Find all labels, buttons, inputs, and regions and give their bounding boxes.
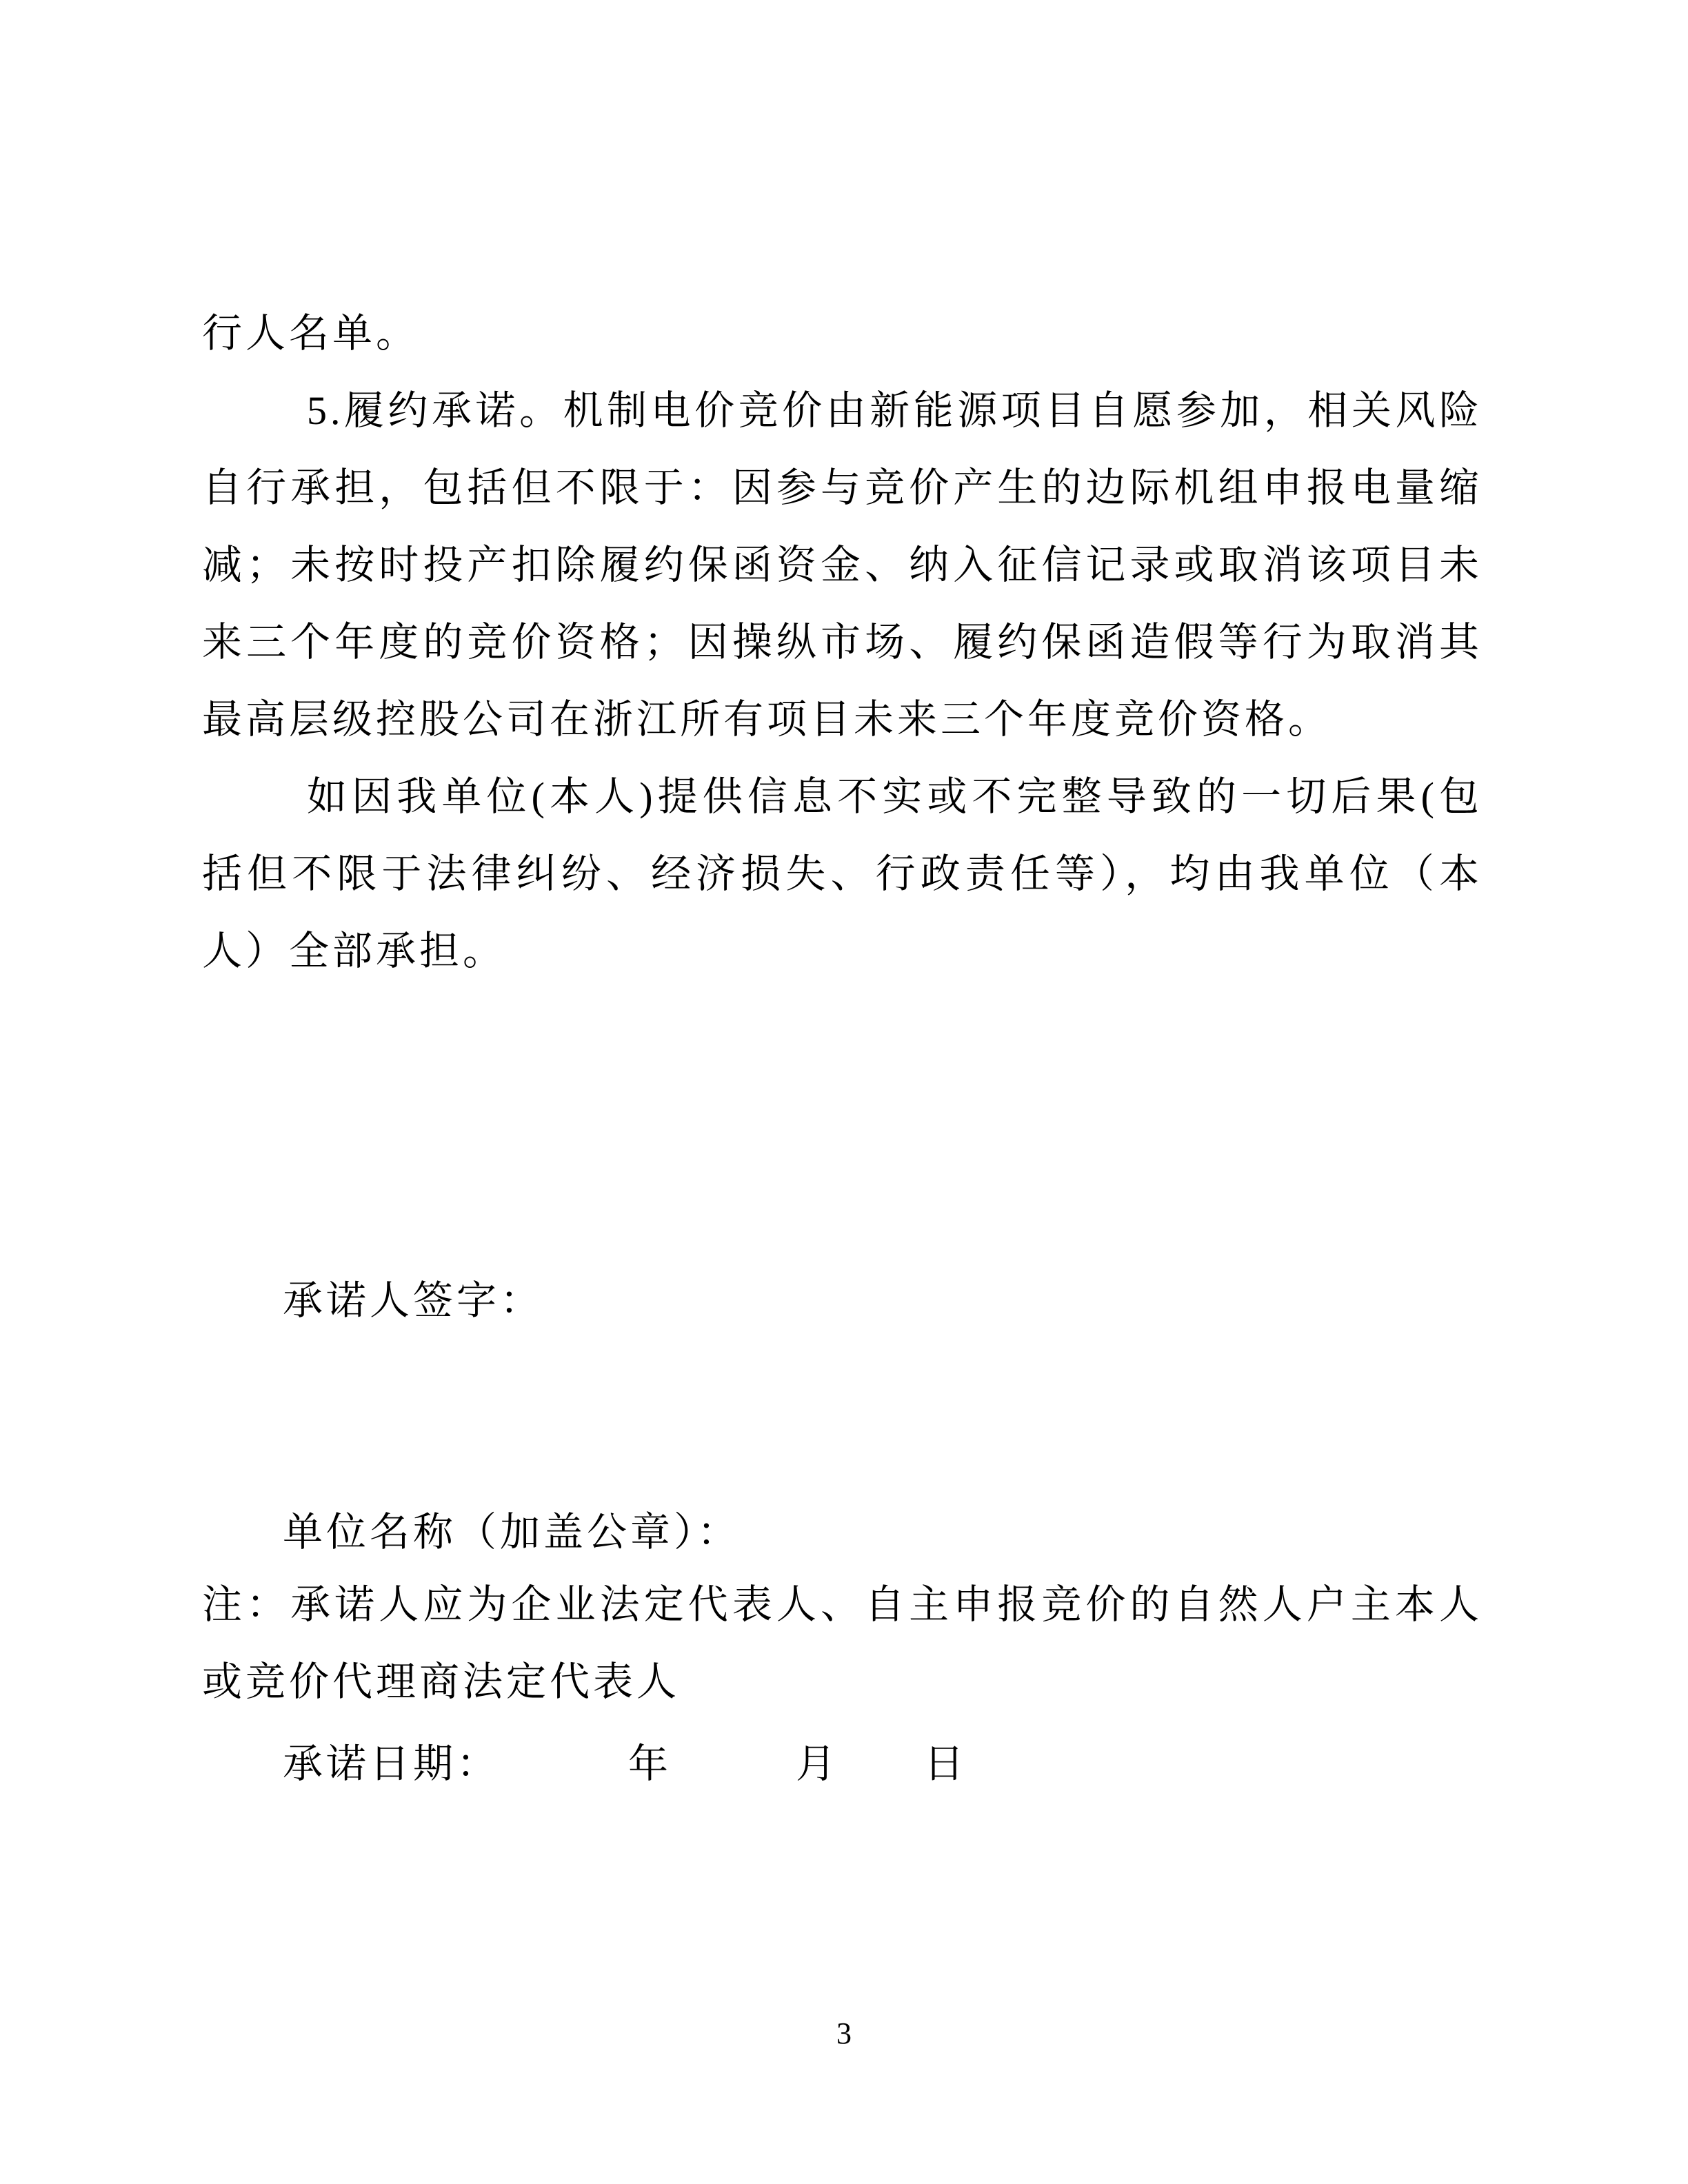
body-line: 自行承担，包括但不限于：因参与竞价产生的边际机组申报电量缩 [202, 449, 1483, 527]
date-month-label: 月 [796, 1741, 839, 1786]
page-number: 3 [0, 2019, 1688, 2049]
body-line: 最高层级控股公司在浙江所有项目未来三个年度竞价资格。 [202, 681, 1483, 758]
body-line: 减；未按时投产扣除履约保函资金、纳入征信记录或取消该项目未 [202, 527, 1483, 604]
body-line: 行人名单。 [202, 295, 1483, 372]
note-block: 注：承诺人应为企业法定代表人、自主申报竞价的自然人户主本人 或竞价代理商法定代表… [202, 1566, 1483, 1721]
signature-signer-line: 承诺人签字： [202, 1185, 1483, 1417]
note-line: 或竞价代理商法定代表人 [202, 1644, 1483, 1721]
body-line: 来三个年度的竞价资格；因操纵市场、履约保函造假等行为取消其 [202, 604, 1483, 681]
body-line: 人）全部承担。 [202, 913, 1483, 990]
date-year-label: 年 [628, 1741, 672, 1786]
body-line: 如因我单位(本人)提供信息不实或不完整导致的一切后果(包 [202, 758, 1483, 836]
document-body: 行人名单。 5.履约承诺。机制电价竞价由新能源项目自愿参加，相关风险 自行承担，… [202, 295, 1483, 990]
body-line: 括但不限于法律纠纷、经济损失、行政责任等），均由我单位（本 [202, 836, 1483, 913]
org-label: 单位名称（加盖公章）： [283, 1510, 741, 1555]
body-line: 5.履约承诺。机制电价竞价由新能源项目自愿参加，相关风险 [202, 372, 1483, 449]
signature-block: 承诺人签字： 单位名称（加盖公章）： 承诺日期：年月日 [202, 1185, 1483, 1880]
note-line: 注：承诺人应为企业法定代表人、自主申报竞价的自然人户主本人 [202, 1566, 1483, 1644]
signer-label: 承诺人签字： [283, 1278, 543, 1323]
document-page: 行人名单。 5.履约承诺。机制电价竞价由新能源项目自愿参加，相关风险 自行承担，… [0, 0, 1688, 2184]
date-day-label: 日 [924, 1741, 967, 1786]
date-label: 承诺日期： [283, 1741, 500, 1786]
